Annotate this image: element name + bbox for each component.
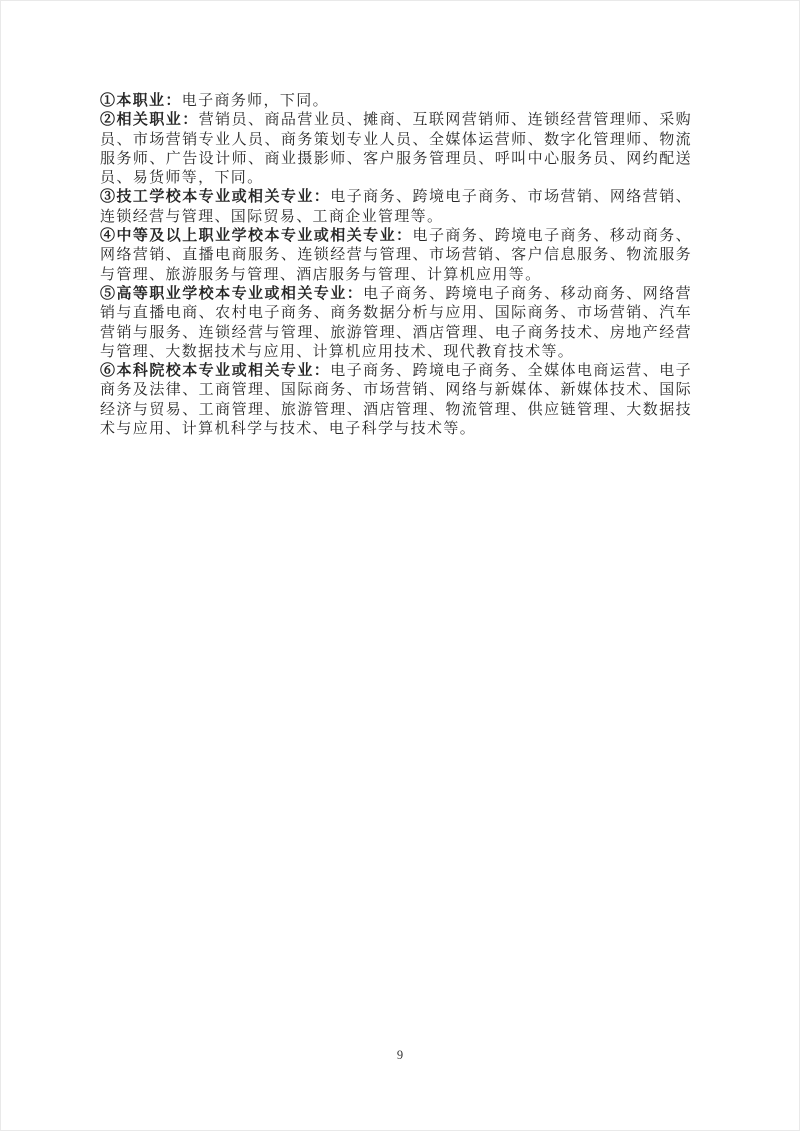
paragraph-occupation: ①本职业：电子商务师，下同。 (100, 92, 692, 111)
paragraph-technical-school-majors: ③技工学校本专业或相关专业：电子商务、跨境电子商务、市场营销、网络营销、连锁经营… (100, 188, 692, 227)
paragraph-label: ②相关职业： (100, 112, 199, 128)
page-number: 9 (1, 1048, 799, 1063)
paragraph-related-occupations: ②相关职业：营销员、商品营业员、摊商、互联网营销师、连锁经营管理师、采购员、市场… (100, 111, 692, 188)
paragraph-text: 电子商务师，下同。 (182, 93, 329, 109)
paragraph-label: ③技工学校本专业或相关专业： (100, 189, 330, 205)
paragraph-university-majors: ⑥本科院校本专业或相关专业：电子商务、跨境电子商务、全媒体电商运营、电子商务及法… (100, 362, 692, 439)
paragraph-label: ④中等及以上职业学校本专业或相关专业： (100, 228, 413, 244)
document-page: ①本职业：电子商务师，下同。 ②相关职业：营销员、商品营业员、摊商、互联网营销师… (0, 0, 800, 1131)
paragraph-label: ①本职业： (100, 93, 182, 109)
paragraph-higher-vocational-majors: ⑤高等职业学校本专业或相关专业：电子商务、跨境电子商务、移动商务、网络营销与直播… (100, 285, 692, 362)
paragraph-label: ⑥本科院校本专业或相关专业： (100, 363, 330, 379)
text-block: ①本职业：电子商务师，下同。 ②相关职业：营销员、商品营业员、摊商、互联网营销师… (100, 92, 692, 439)
paragraph-label: ⑤高等职业学校本专业或相关专业： (100, 286, 363, 302)
paragraph-vocational-school-majors: ④中等及以上职业学校本专业或相关专业：电子商务、跨境电子商务、移动商务、网络营销… (100, 227, 692, 285)
